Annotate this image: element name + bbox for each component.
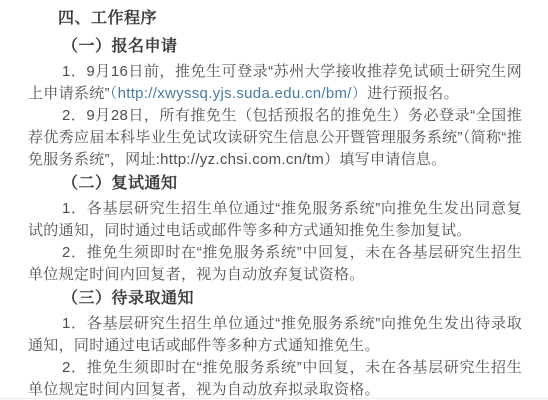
suda-application-system-link[interactable]: （http://xwyssq.yjs.suda.edu.cn/bm/） <box>110 85 367 102</box>
paragraph-text: 1．各基层研究生招生单位通过“推免服务系统”向推免生发出同意复试的通知，同时通过… <box>28 200 522 239</box>
document-body: 四、工作程序 （一）报名申请 1．9月16日前，推免生可登录“苏州大学接收推荐免… <box>0 0 548 400</box>
paragraph-retest-reply: 2．推免生须即时在“推免服务系统”中回复，未在各基层研究生招生单位规定时间内回复… <box>28 242 522 286</box>
paragraph-national-system: 2．9月28日，所有推免生（包括预报名的推免生）务必登录“全国推荐优秀应届本科毕… <box>28 105 522 171</box>
paragraph-admission-reply: 2．推免生须即时在“推免服务系统”中回复，未在各基层研究生招生单位规定时间内回复… <box>28 357 522 400</box>
paragraph-text: 进行预报名。 <box>367 85 459 102</box>
section-heading-admission-notice: （三）待录取通知 <box>28 288 522 310</box>
section-heading-retest-notice: （二）复试通知 <box>28 173 522 195</box>
section-heading-application: （一）报名申请 <box>28 36 522 58</box>
paragraph-text: 2．9月28日，所有推免生（包括预报名的推免生）务必登录“全国推荐优秀应届本科毕… <box>28 107 522 168</box>
paragraph-retest-notify: 1．各基层研究生招生单位通过“推免服务系统”向推免生发出同意复试的通知，同时通过… <box>28 198 522 242</box>
paragraph-text: 2．推免生须即时在“推免服务系统”中回复，未在各基层研究生招生单位规定时间内回复… <box>28 359 522 398</box>
paragraph-text: 2．推免生须即时在“推免服务系统”中回复，未在各基层研究生招生单位规定时间内回复… <box>28 244 522 283</box>
bottom-divider <box>0 398 548 399</box>
paragraph-preregistration: 1．9月16日前，推免生可登录“苏州大学接收推荐免试硕士研究生网上申请系统”（h… <box>28 61 522 105</box>
paragraph-admission-notify: 1．各基层研究生招生单位通过“推免服务系统”向推免生发出待录取通知，同时通过电话… <box>28 313 522 357</box>
page-title: 四、工作程序 <box>28 8 522 30</box>
paragraph-text: 1．各基层研究生招生单位通过“推免服务系统”向推免生发出待录取通知，同时通过电话… <box>28 315 522 354</box>
